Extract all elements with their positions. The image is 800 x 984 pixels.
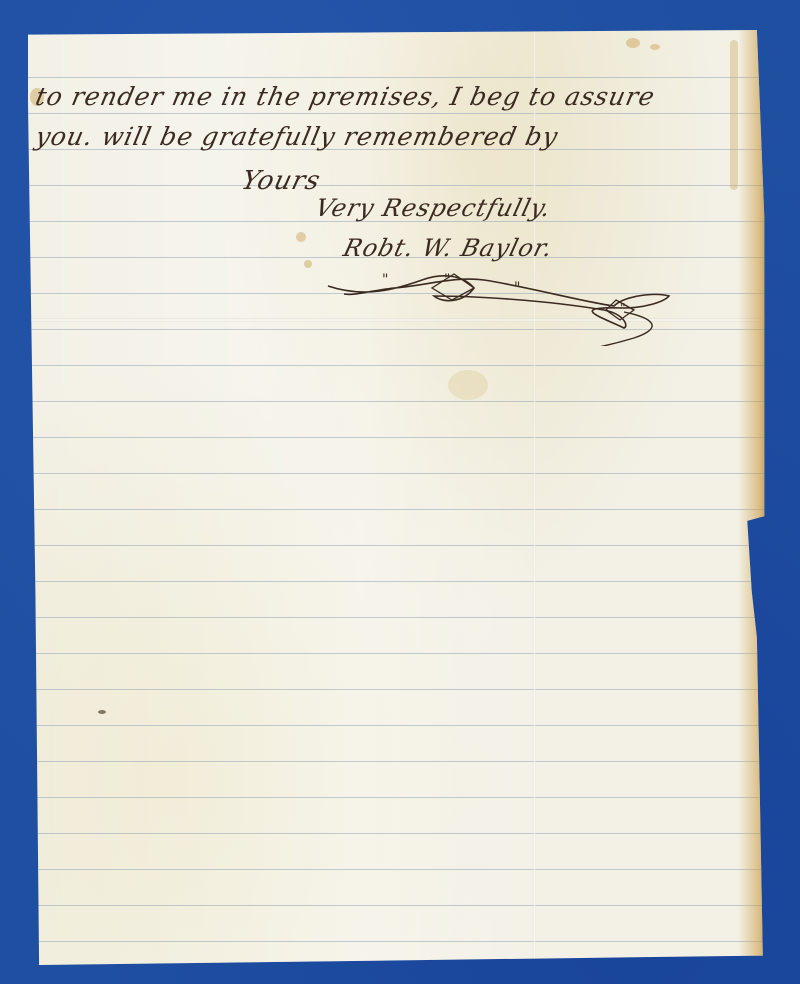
edge-stain <box>738 30 768 965</box>
flourish-mark: " <box>444 272 450 288</box>
closing-valediction: Very Respectfully. <box>313 194 555 222</box>
stain-spot <box>304 260 312 268</box>
stain-spot <box>448 370 488 400</box>
stain-spot <box>626 38 640 48</box>
stain-spot <box>296 232 306 242</box>
flourish-mark: " <box>382 272 388 288</box>
stain-spot <box>98 710 106 714</box>
letter-page: to render me in the premises, I beg to a… <box>28 30 768 965</box>
stain-spot <box>650 44 660 50</box>
signature: Robt. W. Baylor. <box>341 234 557 262</box>
flourish-mark: " <box>514 280 520 296</box>
letter-body-line-1: to render me in the premises, I beg to a… <box>33 82 658 111</box>
edge-stain-streak <box>730 40 738 190</box>
signature-flourish: " " " " <box>324 266 674 346</box>
letter-body-line-2: you. will be gratefully remembered by <box>33 122 561 151</box>
flourish-mark: " <box>620 301 626 315</box>
ruled-lines <box>28 30 768 965</box>
closing-salutation: Yours <box>238 166 324 196</box>
vertical-fold-crease <box>533 30 536 965</box>
